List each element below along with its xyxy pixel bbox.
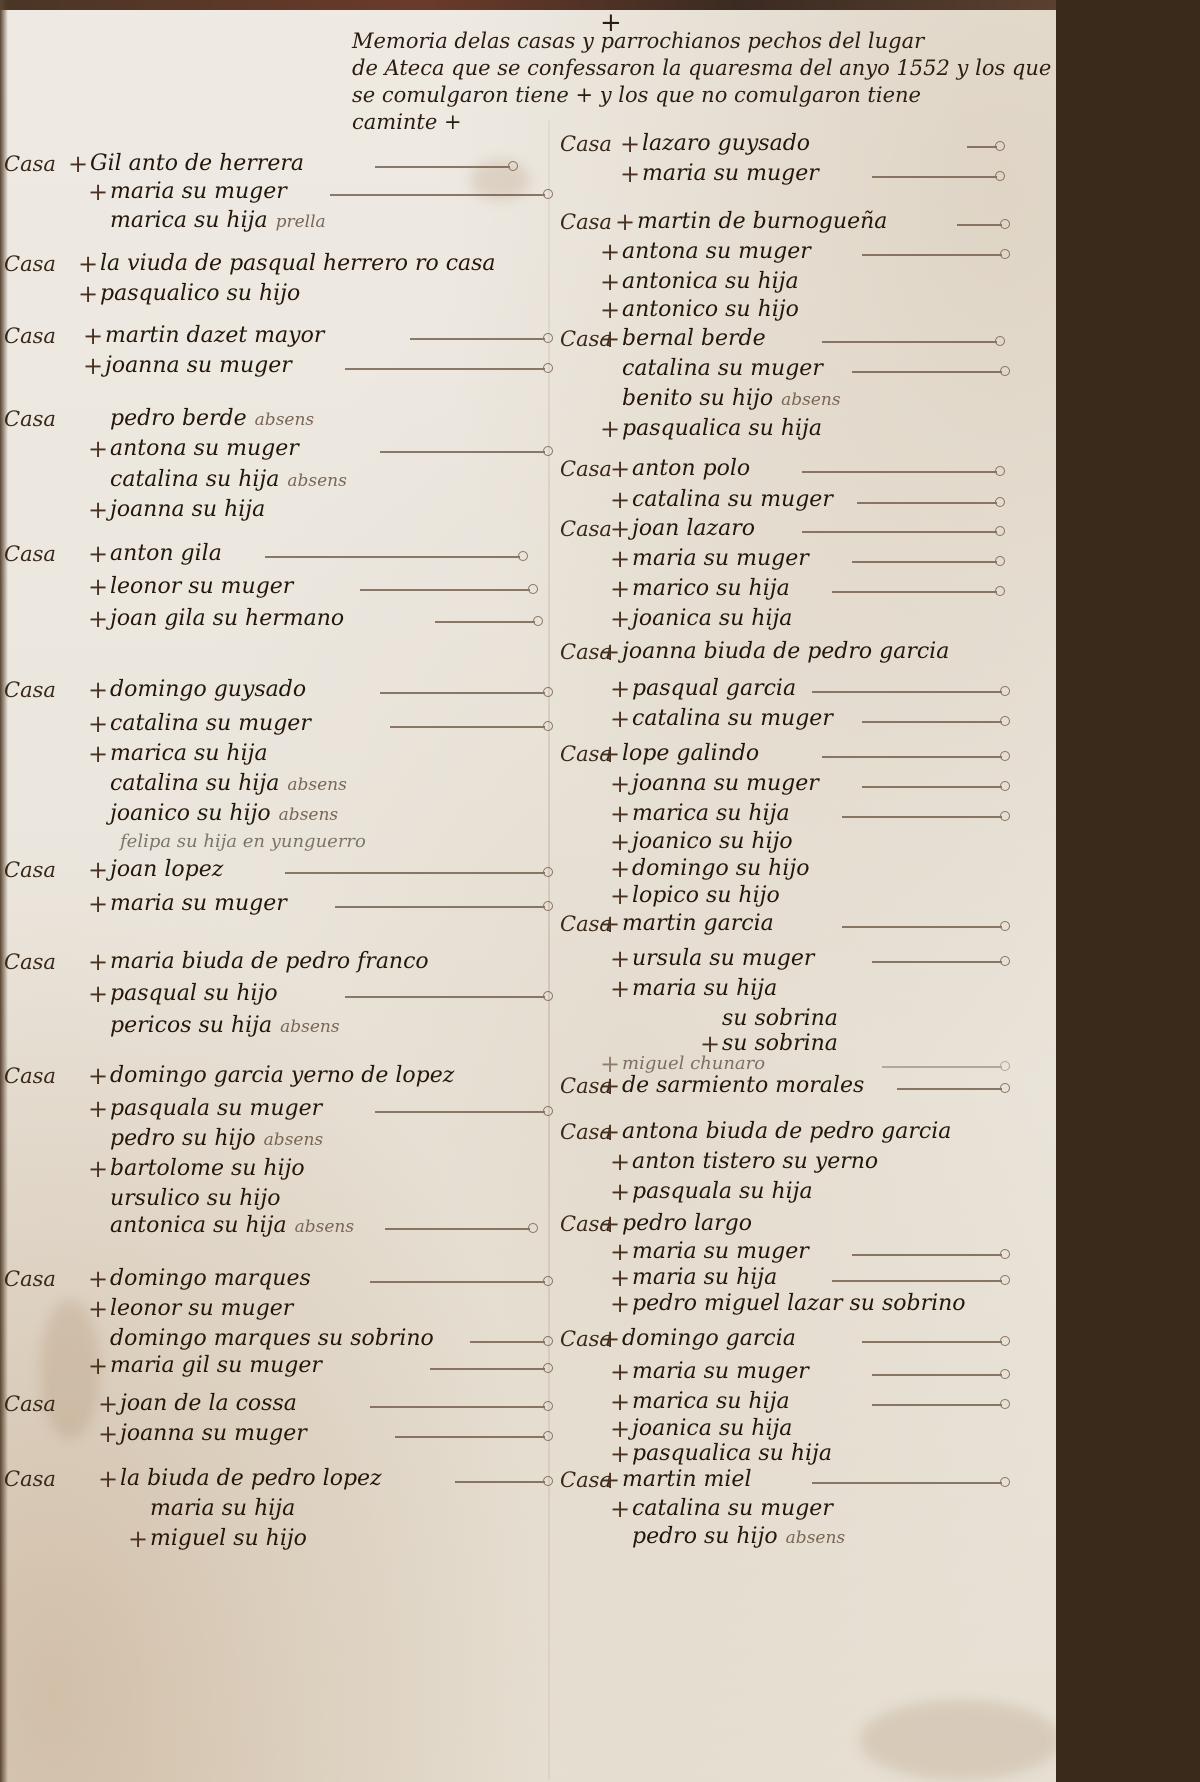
parishioner-name: joanna biuda de pedro garcia bbox=[622, 638, 949, 666]
household-member: +marica su hija bbox=[552, 800, 1056, 828]
household-member: catalina su muger bbox=[552, 355, 1056, 383]
communion-cross-icon: + bbox=[88, 496, 108, 524]
name-text: joanna biuda de pedro garcia bbox=[622, 639, 949, 664]
household-entry: Casa+Gil anto de herrera bbox=[0, 150, 548, 178]
tally-line bbox=[852, 371, 1002, 373]
communion-cross-icon: + bbox=[600, 268, 620, 296]
parishioner-name: catalina su hijaabsens bbox=[110, 770, 347, 799]
communion-cross-icon: + bbox=[610, 486, 630, 514]
name-text: catalina su muger bbox=[110, 711, 311, 736]
name-text: martin garcia bbox=[622, 911, 774, 936]
tally-line bbox=[872, 1404, 1002, 1406]
parishioner-name: pasqualico su hijo bbox=[100, 280, 300, 308]
household-member: +antonico su hijo bbox=[552, 296, 1056, 324]
name-text: catalina su muger bbox=[632, 1496, 833, 1521]
tally-line bbox=[897, 1088, 1002, 1090]
name-text: catalina su muger bbox=[632, 706, 833, 731]
name-text: bernal berde bbox=[622, 326, 766, 351]
household-entry: Casa+la viuda de pasqual herrero ro casa bbox=[0, 250, 548, 278]
communion-cross-icon: + bbox=[88, 710, 108, 738]
household-member: +marica su hija bbox=[552, 1388, 1056, 1416]
parishioner-name: domingo garcia bbox=[622, 1325, 796, 1353]
communion-cross-icon: + bbox=[610, 975, 630, 1003]
tally-line bbox=[410, 338, 545, 340]
parishioner-name: martin miel bbox=[622, 1466, 752, 1494]
parishioner-name: antona biuda de pedro garcia bbox=[622, 1118, 951, 1146]
communion-cross-icon: + bbox=[610, 575, 630, 603]
communion-cross-icon: + bbox=[610, 1148, 630, 1176]
name-text: ursulico su hijo bbox=[110, 1186, 281, 1211]
household-entry: Casa+martin garcia bbox=[552, 910, 1056, 938]
parishioner-name: marica su hija bbox=[632, 1388, 790, 1416]
household-entry: Casa+anton polo bbox=[552, 455, 1056, 483]
household-entry: Casa+martin miel bbox=[552, 1466, 1056, 1494]
household-member: +marica su hija bbox=[0, 740, 548, 768]
tally-line bbox=[882, 1066, 1002, 1068]
communion-cross-icon: + bbox=[610, 882, 630, 910]
household-member: +leonor su muger bbox=[0, 573, 548, 601]
communion-cross-icon: + bbox=[78, 280, 98, 308]
parishioner-name: pedro su hijoabsens bbox=[110, 1125, 323, 1154]
household-member: pedro su hijoabsens bbox=[552, 1523, 1056, 1551]
name-text: joanna su muger bbox=[632, 771, 819, 796]
casa-label: Casa bbox=[4, 676, 74, 704]
communion-cross-icon: + bbox=[610, 1388, 630, 1416]
parishioner-name: ursulico su hijo bbox=[110, 1185, 281, 1213]
household-entry: Casa+maria biuda de pedro franco bbox=[0, 948, 548, 976]
tally-line bbox=[395, 1436, 545, 1438]
tally-line bbox=[470, 1341, 545, 1343]
household-member: +pasqual su hijo bbox=[0, 980, 548, 1008]
household-member: +maria su muger bbox=[552, 545, 1056, 573]
communion-cross-icon: + bbox=[610, 675, 630, 703]
name-text: pedro berde bbox=[110, 406, 247, 431]
parishioner-name: lazaro guysado bbox=[642, 130, 810, 158]
absence-note: absens bbox=[295, 1217, 354, 1237]
tally-line bbox=[375, 1111, 545, 1113]
household-entry: Casa+domingo guysado bbox=[0, 676, 548, 704]
communion-cross-icon: + bbox=[610, 855, 630, 883]
parishioner-name: maria su hija bbox=[632, 975, 777, 1003]
parishioner-name: maria su muger bbox=[110, 890, 287, 918]
header-line: se comulgaron tiene + y los que no comul… bbox=[352, 82, 1032, 109]
name-text: antonica su hija bbox=[622, 269, 799, 294]
parishioner-name: anton tistero su yerno bbox=[632, 1148, 878, 1176]
household-member: pericos su hijaabsens bbox=[0, 1012, 548, 1040]
household-member: +ursula su muger bbox=[552, 945, 1056, 973]
parishioner-name: maria su hija bbox=[632, 1264, 777, 1292]
household-entry: Casa+domingo garcia bbox=[552, 1325, 1056, 1353]
parishioner-name: maria su muger bbox=[110, 178, 287, 206]
parishioner-name: joanna su muger bbox=[632, 770, 819, 798]
name-text: joanna su hija bbox=[110, 497, 265, 522]
household-member: +leonor su muger bbox=[0, 1295, 548, 1323]
tally-line bbox=[822, 756, 1002, 758]
parishioner-name: Gil anto de herrera bbox=[90, 150, 304, 178]
casa-label: Casa bbox=[4, 250, 74, 278]
name-text: joanica su hija bbox=[632, 606, 792, 631]
parishioner-name: joan de la cossa bbox=[120, 1390, 297, 1418]
name-text: marica su hija bbox=[110, 208, 268, 233]
parishioner-name: leonor su muger bbox=[110, 1295, 293, 1323]
parishioner-name: catalina su muger bbox=[632, 1495, 833, 1523]
name-text: miguel chunaro bbox=[622, 1053, 765, 1074]
name-text: leonor su muger bbox=[110, 574, 293, 599]
household-member: +catalina su muger bbox=[552, 1495, 1056, 1523]
parishioner-name: antona su muger bbox=[622, 238, 811, 266]
casa-label: Casa bbox=[4, 1390, 74, 1418]
tally-line bbox=[967, 146, 997, 148]
parishioner-name: joanica su hija bbox=[632, 605, 792, 633]
tally-line bbox=[862, 721, 1002, 723]
parishioner-name: antonica su hijaabsens bbox=[110, 1212, 354, 1241]
name-text: catalina su hija bbox=[110, 467, 279, 492]
name-text: pericos su hija bbox=[110, 1013, 272, 1038]
household-entry: Casa+de sarmiento morales bbox=[552, 1072, 1056, 1100]
parishioner-name: pasqualica su hija bbox=[622, 415, 822, 443]
household-entry: Casa+martin de burnogueña bbox=[552, 208, 1056, 236]
parishioner-name: anton polo bbox=[632, 455, 750, 483]
household-entry: Casa+martin dazet mayor bbox=[0, 322, 548, 350]
household-member: +maria su hija bbox=[552, 975, 1056, 1003]
communion-cross-icon: + bbox=[98, 1390, 118, 1418]
stain bbox=[860, 1700, 1056, 1780]
tally-line bbox=[852, 1254, 1002, 1256]
casa-label: Casa bbox=[4, 948, 74, 976]
name-text: pasqualica su hija bbox=[632, 1441, 832, 1466]
name-text: benito su hijo bbox=[622, 386, 773, 411]
absence-note: absens bbox=[287, 471, 346, 491]
communion-cross-icon: + bbox=[610, 1358, 630, 1386]
parishioner-name: domingo guysado bbox=[110, 676, 306, 704]
parishioner-name: domingo su hijo bbox=[632, 855, 809, 883]
parishioner-name: maria su muger bbox=[632, 1358, 809, 1386]
name-text: pedro su hijo bbox=[110, 1126, 256, 1151]
household-member: +bartolome su hijo bbox=[0, 1155, 548, 1183]
household-member: su sobrina bbox=[552, 1005, 1056, 1033]
tally-line bbox=[385, 1228, 530, 1230]
name-text: maria su hija bbox=[150, 1496, 295, 1521]
household-member: +joanica su hija bbox=[552, 1415, 1056, 1443]
tally-line bbox=[390, 726, 545, 728]
household-member: +lopico su hijo bbox=[552, 882, 1056, 910]
parishioner-name: pericos su hijaabsens bbox=[110, 1012, 340, 1041]
communion-cross-icon: + bbox=[88, 1062, 108, 1090]
parishioner-name: felipa su hija en yunguerro bbox=[120, 828, 366, 856]
communion-cross-icon: + bbox=[88, 676, 108, 704]
household-member: catalina su hijaabsens bbox=[0, 466, 548, 494]
parishioner-name: antona su muger bbox=[110, 435, 299, 463]
parishioner-name: benito su hijoabsens bbox=[622, 385, 841, 414]
tally-line bbox=[345, 996, 545, 998]
household-entry: Casa+la biuda de pedro lopez bbox=[0, 1465, 548, 1493]
household-member: +joanna su muger bbox=[0, 1420, 548, 1448]
communion-cross-icon: + bbox=[68, 150, 88, 178]
parishioner-name: pasqual garcia bbox=[632, 675, 796, 703]
communion-cross-icon: + bbox=[88, 540, 108, 568]
manuscript-page: + Memoria delas casas y parrochianos pec… bbox=[0, 0, 1056, 1782]
communion-cross-icon: + bbox=[88, 573, 108, 601]
communion-cross-icon: + bbox=[88, 1265, 108, 1293]
communion-cross-icon: + bbox=[610, 1440, 630, 1468]
name-text: antona su muger bbox=[622, 239, 811, 264]
household-member: +anton tistero su yerno bbox=[552, 1148, 1056, 1176]
household-member: antonica su hijaabsens bbox=[0, 1212, 548, 1240]
name-text: maria su hija bbox=[632, 976, 777, 1001]
name-text: catalina su muger bbox=[632, 487, 833, 512]
communion-cross-icon: + bbox=[620, 160, 640, 188]
name-text: marica su hija bbox=[632, 801, 790, 826]
tally-line bbox=[862, 786, 1002, 788]
household-entry: Casapedro berdeabsens bbox=[0, 405, 548, 433]
name-text: martin miel bbox=[622, 1467, 752, 1492]
tally-line bbox=[872, 961, 1002, 963]
communion-cross-icon: + bbox=[88, 435, 108, 463]
communion-cross-icon: + bbox=[98, 1465, 118, 1493]
communion-cross-icon: + bbox=[610, 605, 630, 633]
household-member: +joanna su muger bbox=[552, 770, 1056, 798]
tally-line bbox=[842, 816, 1002, 818]
household-member: +maria su muger bbox=[552, 160, 1056, 188]
household-member: +antona su muger bbox=[0, 435, 548, 463]
household-member: +pasqualica su hija bbox=[552, 1440, 1056, 1468]
name-text: pasqual su hijo bbox=[110, 981, 278, 1006]
household-entry: Casa+joan lopez bbox=[0, 856, 548, 884]
household-entry: Casa+joan de la cossa bbox=[0, 1390, 548, 1418]
parishioner-name: joanna su muger bbox=[120, 1420, 307, 1448]
parishioner-name: catalina su hijaabsens bbox=[110, 466, 347, 495]
household-member: maria su hija bbox=[0, 1495, 548, 1523]
communion-cross-icon: + bbox=[610, 515, 630, 543]
household-member: +marico su hija bbox=[552, 575, 1056, 603]
communion-cross-icon: + bbox=[610, 545, 630, 573]
name-text: joanna su muger bbox=[105, 353, 292, 378]
parishioner-name: marica su hija bbox=[632, 800, 790, 828]
name-text: joan lazaro bbox=[632, 516, 755, 541]
household-member: felipa su hija en yunguerro bbox=[0, 828, 548, 856]
parishioner-name: joan gila su hermano bbox=[110, 605, 344, 633]
name-text: maria su muger bbox=[632, 546, 809, 571]
household-entry: Casa+bernal berde bbox=[552, 325, 1056, 353]
parishioner-name: joanna su muger bbox=[105, 352, 292, 380]
tally-line bbox=[335, 906, 545, 908]
header-line: de Ateca que se confessaron la quaresma … bbox=[352, 55, 1032, 82]
tally-line bbox=[380, 451, 545, 453]
name-text: anton polo bbox=[632, 456, 750, 481]
tally-line bbox=[852, 561, 997, 563]
communion-cross-icon: + bbox=[610, 828, 630, 856]
tally-line bbox=[455, 1481, 545, 1483]
tally-line bbox=[812, 691, 1002, 693]
communion-cross-icon: + bbox=[600, 415, 620, 443]
name-text: martin de burnogueña bbox=[637, 209, 887, 234]
parishioner-name: pasqual su hijo bbox=[110, 980, 278, 1008]
communion-cross-icon: + bbox=[98, 1420, 118, 1448]
parishioner-name: domingo marques su sobrino bbox=[110, 1325, 434, 1353]
name-text: marico su hija bbox=[632, 576, 790, 601]
parishioner-name: la biuda de pedro lopez bbox=[120, 1465, 382, 1493]
parishioner-name: miguel su hijo bbox=[150, 1525, 307, 1553]
name-text: catalina su hija bbox=[110, 771, 279, 796]
absence-note: absens bbox=[255, 410, 314, 430]
parishioner-name: joanico su hijo bbox=[632, 828, 793, 856]
name-text: domingo garcia yerno de lopez bbox=[110, 1063, 454, 1088]
household-member: benito su hijoabsens bbox=[552, 385, 1056, 413]
name-text: pasqualica su hija bbox=[622, 416, 822, 441]
tally-line bbox=[872, 1374, 1002, 1376]
household-member: +maria gil su muger bbox=[0, 1352, 548, 1380]
page-top-edge bbox=[0, 0, 1056, 10]
parishioner-name: la viuda de pasqual herrero ro casa bbox=[100, 250, 496, 278]
name-text: la viuda de pasqual herrero ro casa bbox=[100, 251, 496, 276]
name-text: martin dazet mayor bbox=[105, 323, 324, 348]
name-text: joan gila su hermano bbox=[110, 606, 344, 631]
household-member: +joanico su hijo bbox=[552, 828, 1056, 856]
communion-cross-icon: + bbox=[615, 208, 635, 236]
communion-cross-icon: + bbox=[600, 1210, 620, 1238]
household-member: +maria su hija bbox=[552, 1264, 1056, 1292]
name-text: antonico su hijo bbox=[622, 297, 799, 322]
casa-label: Casa bbox=[4, 1465, 74, 1493]
name-text: joanico su hijo bbox=[110, 801, 271, 826]
household-entry: Casa+domingo garcia yerno de lopez bbox=[0, 1062, 548, 1090]
name-text: pedro largo bbox=[622, 1211, 752, 1236]
name-text: maria su muger bbox=[642, 161, 819, 186]
name-text: pasquala su hija bbox=[632, 1179, 813, 1204]
name-text: joan de la cossa bbox=[120, 1391, 297, 1416]
household-entry: Casa+lazaro guysado bbox=[552, 130, 1056, 158]
parishioner-name: maria su muger bbox=[632, 545, 809, 573]
communion-cross-icon: + bbox=[610, 1178, 630, 1206]
tally-line bbox=[812, 1482, 1002, 1484]
communion-cross-icon: + bbox=[610, 1238, 630, 1266]
absence-note: absens bbox=[786, 1528, 845, 1548]
household-member: joanico su hijoabsens bbox=[0, 800, 548, 828]
absence-note: absens bbox=[287, 775, 346, 795]
parishioner-name: catalina su muger bbox=[632, 705, 833, 733]
communion-cross-icon: + bbox=[610, 705, 630, 733]
parishioner-name: catalina su muger bbox=[622, 355, 823, 383]
tally-line bbox=[380, 692, 545, 694]
name-text: domingo garcia bbox=[622, 1326, 796, 1351]
communion-cross-icon: + bbox=[600, 296, 620, 324]
communion-cross-icon: + bbox=[600, 1118, 620, 1146]
parishioner-name: maria biuda de pedro franco bbox=[110, 948, 429, 976]
tally-line bbox=[802, 531, 997, 533]
name-text: leonor su muger bbox=[110, 1296, 293, 1321]
household-member: +joanna su muger bbox=[0, 352, 548, 380]
name-text: pasqualico su hijo bbox=[100, 281, 300, 306]
household-member: +pasqualico su hijo bbox=[0, 280, 548, 308]
tally-line bbox=[285, 872, 545, 874]
parishioner-name: bernal berde bbox=[622, 325, 766, 353]
parishioner-name: pasqualica su hija bbox=[632, 1440, 832, 1468]
name-text: Gil anto de herrera bbox=[90, 151, 304, 176]
name-text: pedro su hijo bbox=[632, 1524, 778, 1549]
name-text: domingo guysado bbox=[110, 677, 306, 702]
absence-note: absens bbox=[279, 805, 338, 825]
tally-line bbox=[435, 621, 535, 623]
parishioner-name: antonica su hija bbox=[622, 268, 799, 296]
communion-cross-icon: + bbox=[610, 1290, 630, 1318]
parishioner-name: de sarmiento morales bbox=[622, 1072, 864, 1100]
communion-cross-icon: + bbox=[610, 1415, 630, 1443]
communion-cross-icon: + bbox=[88, 980, 108, 1008]
communion-cross-icon: + bbox=[88, 178, 108, 206]
communion-cross-icon: + bbox=[88, 948, 108, 976]
tally-line bbox=[430, 1368, 545, 1370]
tally-line bbox=[832, 1280, 1002, 1282]
name-text: anton tistero su yerno bbox=[632, 1149, 878, 1174]
household-member: ursulico su hijo bbox=[0, 1185, 548, 1213]
household-member: marica su hijaprella bbox=[0, 207, 548, 235]
parishioner-name: joan lazaro bbox=[632, 515, 755, 543]
parishioner-name: su sobrina bbox=[722, 1005, 838, 1033]
casa-label: Casa bbox=[4, 405, 74, 433]
communion-cross-icon: + bbox=[88, 1095, 108, 1123]
name-text: ursula su muger bbox=[632, 946, 814, 971]
household-member: +joanna su hija bbox=[0, 496, 548, 524]
communion-cross-icon: + bbox=[88, 856, 108, 884]
communion-cross-icon: + bbox=[610, 800, 630, 828]
parishioner-name: antonico su hijo bbox=[622, 296, 799, 324]
household-member: +maria su muger bbox=[552, 1238, 1056, 1266]
communion-cross-icon: + bbox=[88, 740, 108, 768]
parishioner-name: maria gil su muger bbox=[110, 1352, 322, 1380]
household-entry: Casa+anton gila bbox=[0, 540, 548, 568]
casa-label: Casa bbox=[4, 150, 74, 178]
name-text: joanna su muger bbox=[120, 1421, 307, 1446]
name-text: pedro miguel lazar su sobrino bbox=[632, 1291, 966, 1316]
household-member: +maria su muger bbox=[0, 890, 548, 918]
name-text: de sarmiento morales bbox=[622, 1073, 864, 1098]
name-text: joanico su hijo bbox=[632, 829, 793, 854]
parishioner-name: joanica su hija bbox=[632, 1415, 792, 1443]
tally-line bbox=[375, 166, 510, 168]
name-text: pasquala su muger bbox=[110, 1096, 322, 1121]
casa-label: Casa bbox=[4, 856, 74, 884]
casa-label: Casa bbox=[4, 1265, 74, 1293]
communion-cross-icon: + bbox=[610, 945, 630, 973]
household-member: +joanica su hija bbox=[552, 605, 1056, 633]
household-entry: Casa+domingo marques bbox=[0, 1265, 548, 1293]
name-text: felipa su hija en yunguerro bbox=[120, 831, 366, 852]
name-text: domingo su hijo bbox=[632, 856, 809, 881]
parishioner-name: martin de burnogueña bbox=[637, 208, 887, 236]
parishioner-name: bartolome su hijo bbox=[110, 1155, 305, 1183]
name-text: domingo marques su sobrino bbox=[110, 1326, 434, 1351]
parishioner-name: pedro berdeabsens bbox=[110, 405, 314, 434]
household-entry: Casa+lope galindo bbox=[552, 740, 1056, 768]
name-text: lazaro guysado bbox=[642, 131, 810, 156]
household-member: +joan gila su hermano bbox=[0, 605, 548, 633]
household-member: domingo marques su sobrino bbox=[0, 1325, 548, 1353]
communion-cross-icon: + bbox=[610, 770, 630, 798]
household-member: +pasqualica su hija bbox=[552, 415, 1056, 443]
communion-cross-icon: + bbox=[600, 325, 620, 353]
tally-line bbox=[360, 589, 530, 591]
name-text: maria biuda de pedro franco bbox=[110, 949, 429, 974]
household-member: +pasqual garcia bbox=[552, 675, 1056, 703]
name-text: anton gila bbox=[110, 541, 222, 566]
household-member: +catalina su muger bbox=[552, 486, 1056, 514]
parishioner-name: catalina su muger bbox=[632, 486, 833, 514]
name-text: marica su hija bbox=[110, 741, 268, 766]
absence-note: absens bbox=[280, 1017, 339, 1037]
tally-line bbox=[842, 926, 1002, 928]
name-text: catalina su muger bbox=[622, 356, 823, 381]
tally-line bbox=[802, 471, 997, 473]
